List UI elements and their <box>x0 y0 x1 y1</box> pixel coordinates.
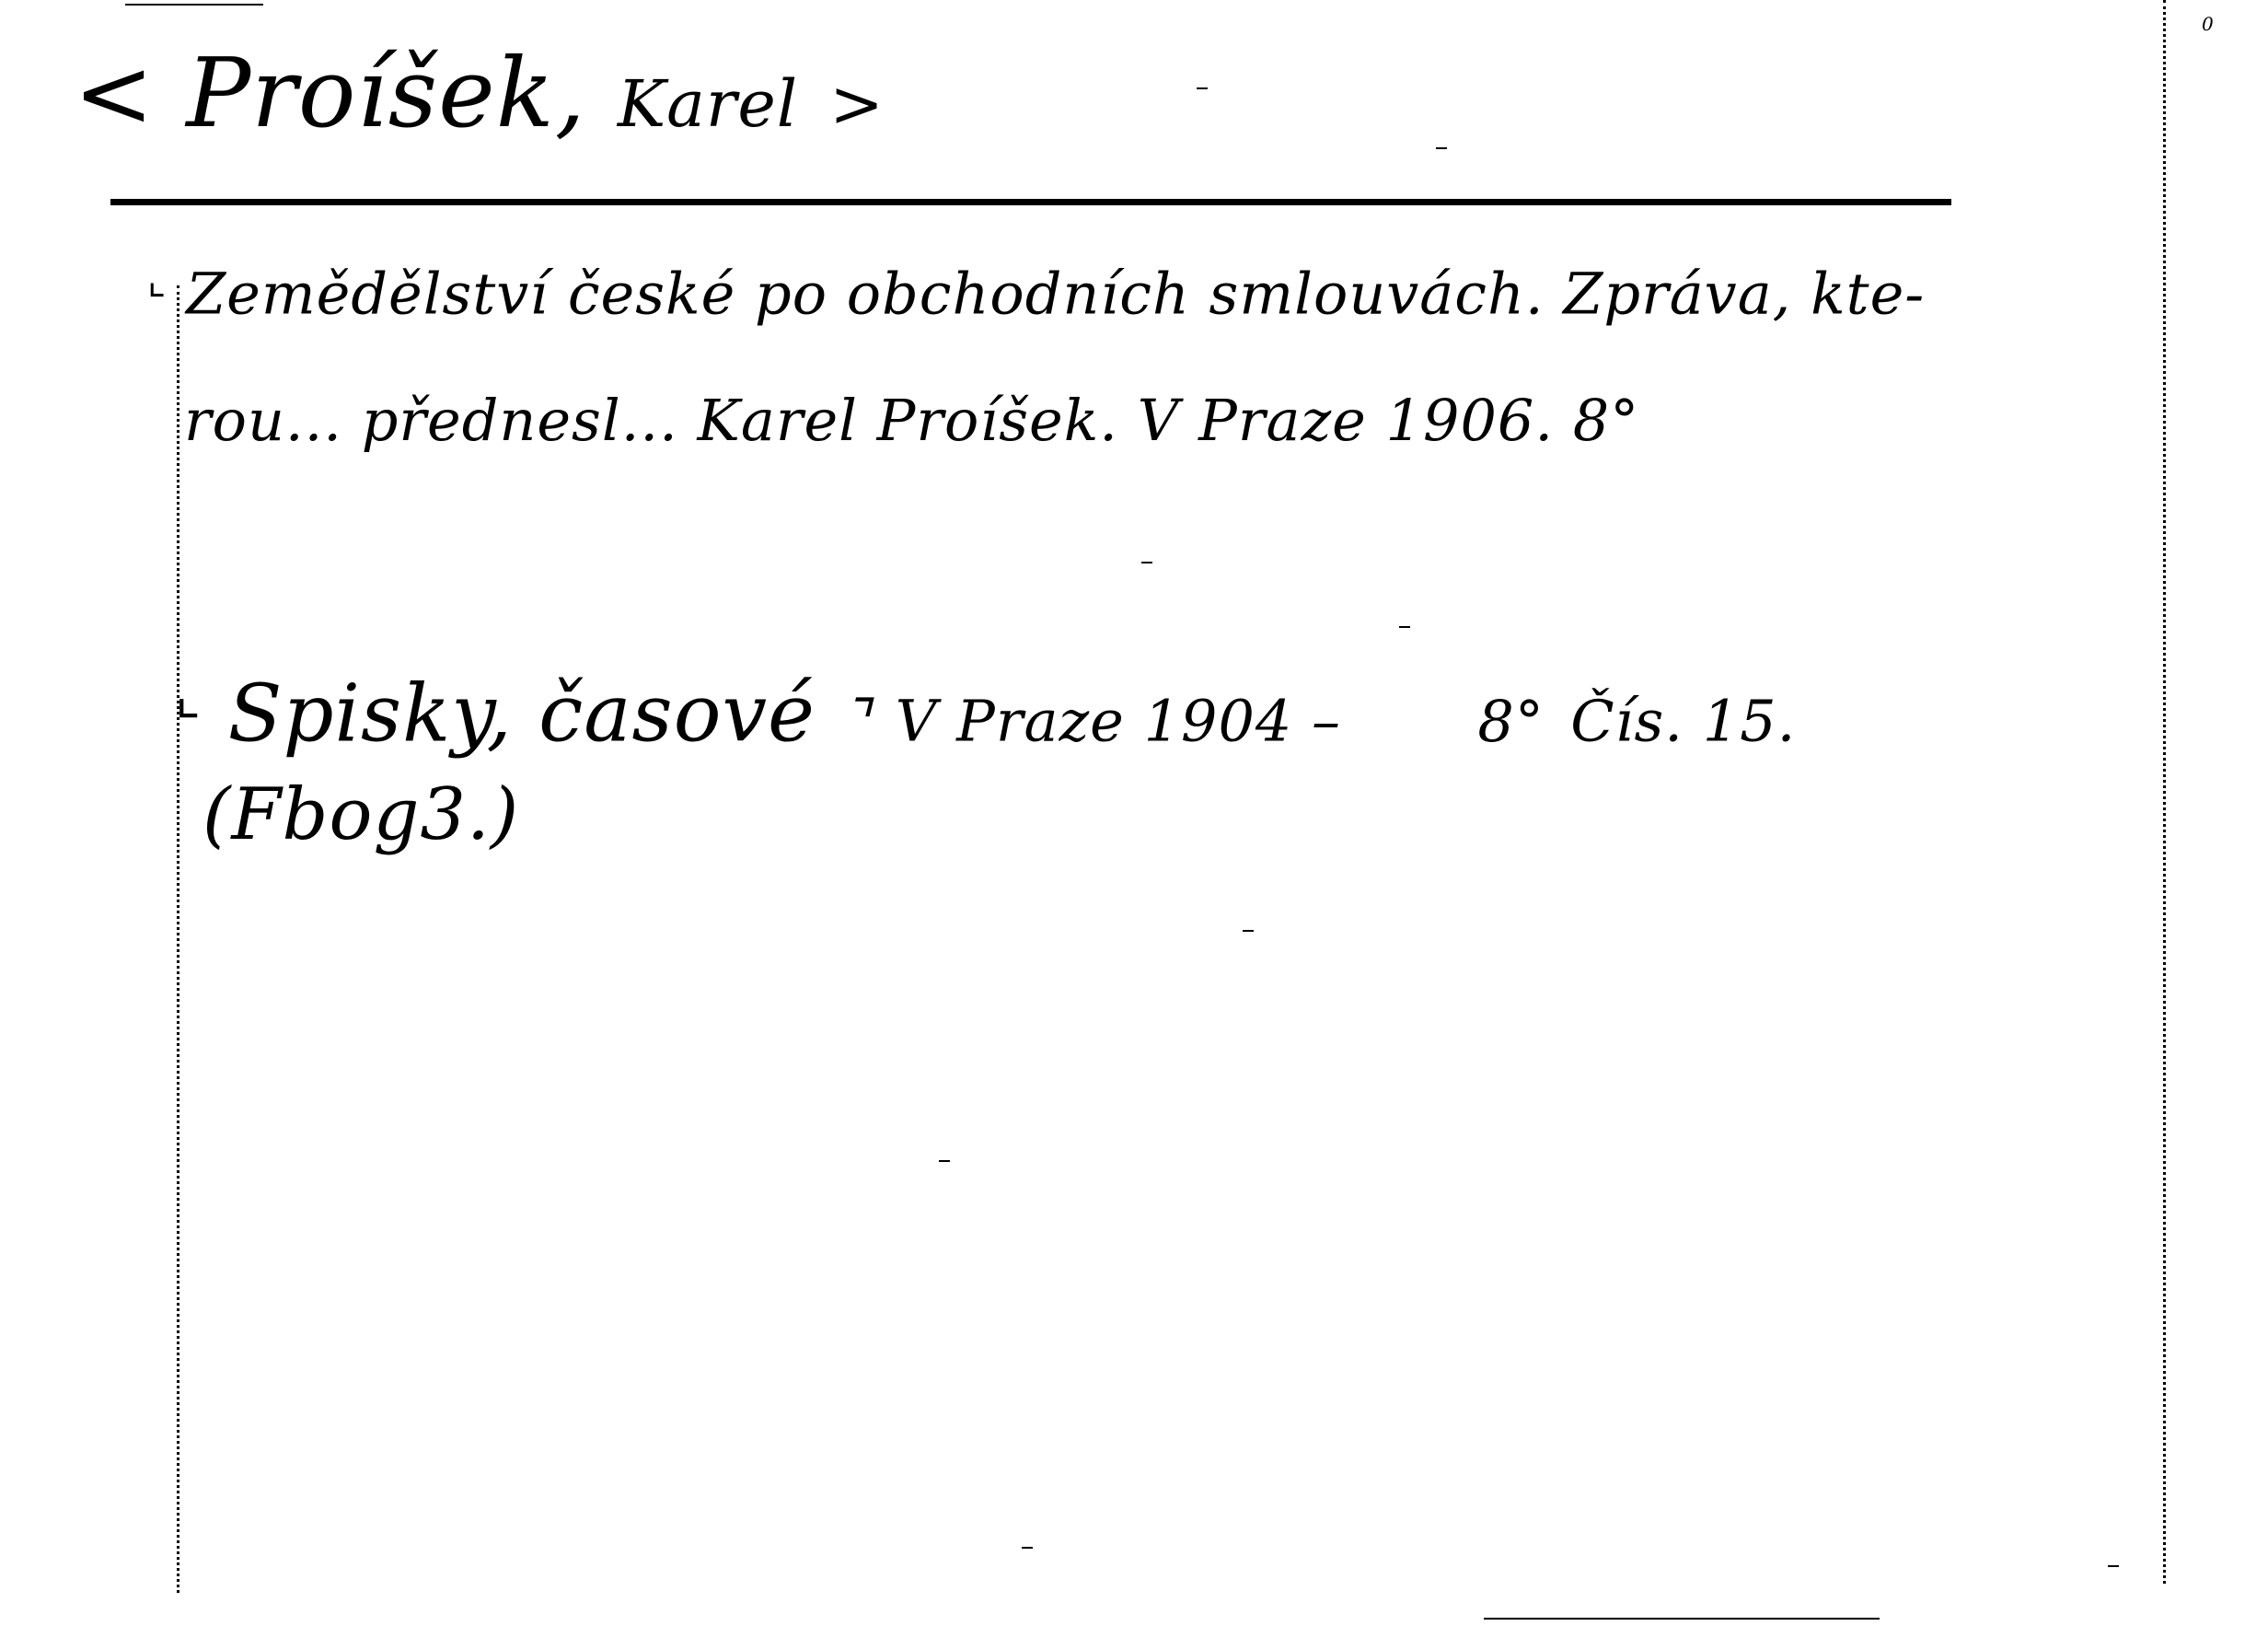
heading-close-bracket: > <box>829 66 885 142</box>
corner-mark: 0 <box>2202 13 2214 35</box>
scan-speck <box>1243 930 1254 932</box>
scan-speck <box>2108 1565 2119 1567</box>
entry-2-format: 8° <box>1477 688 1544 755</box>
scan-speck <box>1399 626 1410 628</box>
scan-speck <box>1141 562 1152 563</box>
left-margin-dotted-line <box>177 285 179 1593</box>
entry-2-imprint: V Praze 1904 – <box>896 688 1341 755</box>
entry-2-call-mark: (Fbog3.) <box>202 773 519 856</box>
scan-speck <box>1197 87 1208 89</box>
heading-surname: Proíšek, <box>186 37 586 149</box>
bottom-edge-line <box>1484 1618 1880 1620</box>
entry-2-close-bracket: ⌝ <box>841 688 869 755</box>
scan-speck <box>1022 1547 1033 1549</box>
top-edge-mark <box>125 4 263 6</box>
heading-rule-tail <box>1583 201 1951 203</box>
heading-given-name: Karel <box>618 66 798 142</box>
entry-1-imprint-text: rou... přednesl... Karel Proíšek. V Praz… <box>184 387 1639 454</box>
right-margin-dotted-line <box>2163 0 2166 1584</box>
heading-open-bracket: < <box>74 37 155 149</box>
entry-1-line-1: ⌞ Zemědělství české po obchodních smlouv… <box>147 258 1925 328</box>
entry-2-open-bracket: ⌞ <box>175 663 202 727</box>
entry-2-number: Čís. 15. <box>1570 688 1796 755</box>
card-heading: < Proíšek, Karel > <box>74 37 885 149</box>
entry-1-open-bracket: ⌞ <box>147 258 167 304</box>
entry-1-title-text: Zemědělství české po obchodních smlouvác… <box>186 261 1925 328</box>
entry-2-line-1: ⌞ Spisky, časové ⌝ V Praze 1904 – 8° Čís… <box>175 663 1796 761</box>
entry-1-line-2: rou... přednesl... Karel Proíšek. V Praz… <box>184 387 1639 454</box>
scan-speck <box>939 1160 950 1162</box>
scan-speck <box>1436 147 1447 149</box>
catalog-card: 0 < Proíšek, Karel > ⌞ Zemědělství české… <box>0 0 2268 1626</box>
entry-2-line-2: (Fbog3.) <box>202 773 519 856</box>
entry-2-title: Spisky, časové <box>228 668 816 761</box>
